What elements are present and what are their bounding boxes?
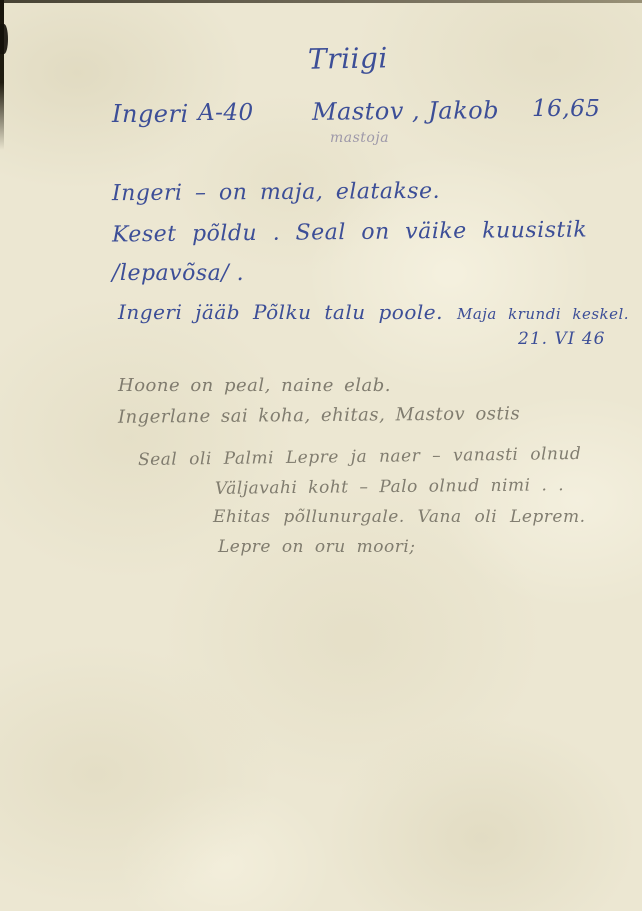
value-amount: 16,65 bbox=[532, 96, 600, 122]
ink-note-line-4b: Maja krundi keskel. bbox=[457, 305, 629, 323]
pencil-note-line-6: Lepre on oru moori; bbox=[218, 537, 416, 557]
ink-note-line-3: /lepavõsa/ . bbox=[112, 261, 244, 286]
pencil-note-line-1: Hoone on peal, naine elab. bbox=[118, 375, 391, 396]
document-title: Triigi bbox=[308, 41, 388, 75]
scan-edge-blob bbox=[0, 24, 8, 54]
pencil-note-line-4: Väljavahi koht – Palo olnud nimi . . bbox=[215, 475, 564, 499]
pencil-note-line-3: Seal oli Palmi Lepre ja naer – vanasti o… bbox=[138, 444, 582, 470]
owner-annotation: mastoja bbox=[330, 130, 389, 146]
scan-edge-left bbox=[0, 0, 4, 150]
ink-note-line-1: Ingeri – on maja, elatakse. bbox=[112, 179, 440, 206]
pencil-note-line-2: Ingerlane sai koha, ehitas, Mastov ostis bbox=[118, 403, 520, 428]
pencil-note-line-5: Ehitas põllunurgale. Vana oli Leprem. bbox=[213, 507, 585, 527]
scan-edge-top bbox=[0, 0, 642, 3]
ink-note-line-2: Keset põldu . Seal on väike kuusistik bbox=[112, 218, 587, 248]
ink-note-line-4a: Ingeri jääb Põlku talu poole. bbox=[118, 300, 443, 324]
scanned-document-page: Triigi Ingeri A-40 Mastov , Jakob mastoj… bbox=[0, 0, 642, 911]
ink-date: 21. VI 46 bbox=[518, 329, 605, 349]
cadastre-number: A-40 bbox=[198, 100, 254, 126]
owner-name: Mastov , Jakob bbox=[312, 96, 499, 126]
farm-name: Ingeri bbox=[112, 100, 189, 128]
ink-note-line-4: Ingeri jääb Põlku talu poole. Maja krund… bbox=[118, 300, 629, 324]
